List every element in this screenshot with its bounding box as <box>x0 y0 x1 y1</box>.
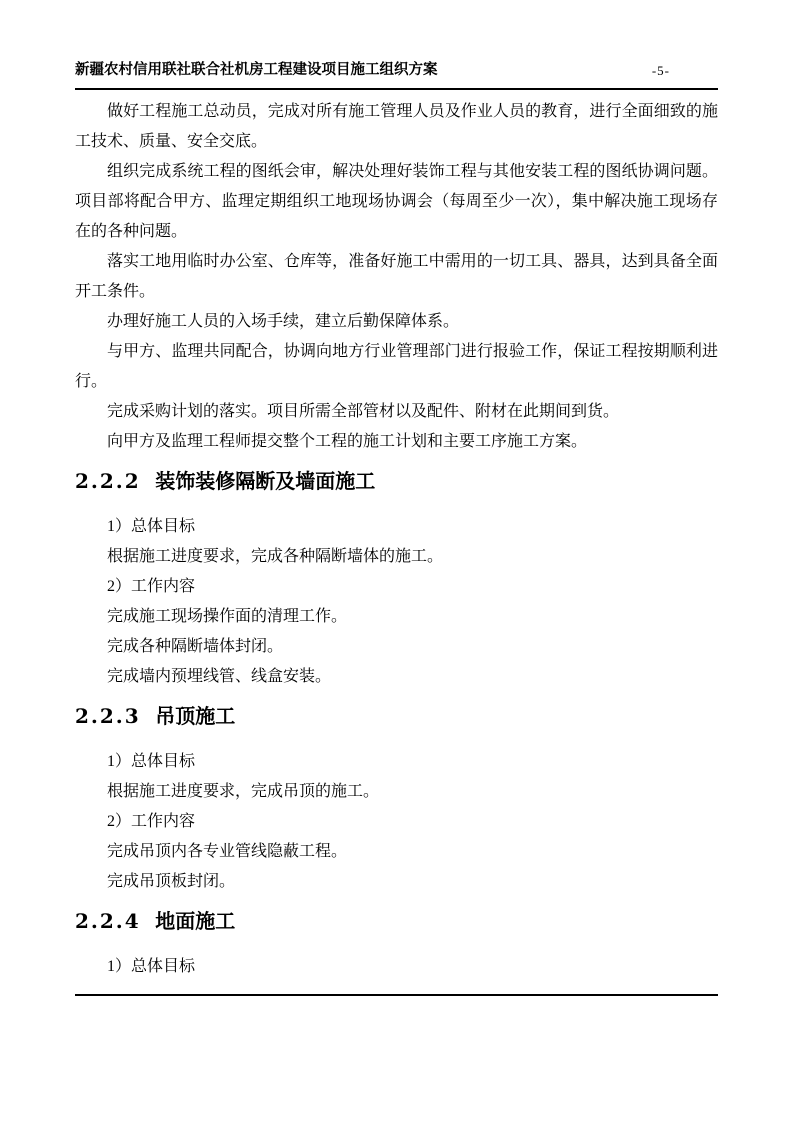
heading-number: 2.2.3 <box>75 704 141 728</box>
section-line: 完成施工现场操作面的清理工作。 <box>75 602 718 632</box>
section-line: 1）总体目标 <box>75 952 718 982</box>
section-line: 完成吊顶板封闭。 <box>75 867 718 897</box>
body-paragraph: 组织完成系统工程的图纸会审，解决处理好装饰工程与其他安装工程的图纸协调问题。项目… <box>75 157 718 247</box>
section-line: 1）总体目标 <box>75 747 718 777</box>
document-body: 做好工程施工总动员，完成对所有施工管理人员及作业人员的教育，进行全面细致的施工技… <box>75 97 718 982</box>
body-paragraph: 做好工程施工总动员，完成对所有施工管理人员及作业人员的教育，进行全面细致的施工技… <box>75 97 718 157</box>
body-paragraph: 办理好施工人员的入场手续，建立后勤保障体系。 <box>75 307 718 337</box>
header-title: 新疆农村信用联社联合社机房工程建设项目施工组织方案 <box>75 62 438 79</box>
section-line: 完成各种隔断墙体封闭。 <box>75 632 718 662</box>
section-heading-2-2-2: 2.2.2 装饰装修隔断及墙面施工 <box>75 469 718 494</box>
section-heading-2-2-4: 2.2.4 地面施工 <box>75 909 718 934</box>
heading-number: 2.2.2 <box>75 469 141 493</box>
body-paragraph: 与甲方、监理共同配合，协调向地方行业管理部门进行报验工作，保证工程按期顺利进行。 <box>75 337 718 397</box>
section-line: 完成墙内预埋线管、线盒安装。 <box>75 662 718 692</box>
header-rule: 新疆农村信用联社联合社机房工程建设项目施工组织方案 -5- <box>75 62 718 90</box>
footer-divider <box>75 994 718 996</box>
heading-title: 地面施工 <box>155 911 235 933</box>
heading-number: 2.2.4 <box>75 909 141 933</box>
section-line: 1）总体目标 <box>75 512 718 542</box>
body-paragraph: 落实工地用临时办公室、仓库等，准备好施工中需用的一切工具、器具，达到具备全面开工… <box>75 247 718 307</box>
section-line: 完成吊顶内各专业管线隐蔽工程。 <box>75 837 718 867</box>
body-paragraph: 完成采购计划的落实。项目所需全部管材以及配件、附材在此期间到货。 <box>75 397 718 427</box>
section-line: 2）工作内容 <box>75 572 718 602</box>
heading-title: 装饰装修隔断及墙面施工 <box>155 471 375 493</box>
section-line: 根据施工进度要求，完成各种隔断墙体的施工。 <box>75 542 718 572</box>
heading-title: 吊顶施工 <box>155 706 235 728</box>
page-number: -5- <box>652 63 670 79</box>
page-header: 新疆农村信用联社联合社机房工程建设项目施工组织方案 -5- <box>75 62 718 90</box>
section-line: 2）工作内容 <box>75 807 718 837</box>
section-line: 根据施工进度要求，完成吊顶的施工。 <box>75 777 718 807</box>
body-paragraph: 向甲方及监理工程师提交整个工程的施工计划和主要工序施工方案。 <box>75 427 718 457</box>
document-page: 新疆农村信用联社联合社机房工程建设项目施工组织方案 -5- 做好工程施工总动员，… <box>0 0 793 1122</box>
section-heading-2-2-3: 2.2.3 吊顶施工 <box>75 704 718 729</box>
